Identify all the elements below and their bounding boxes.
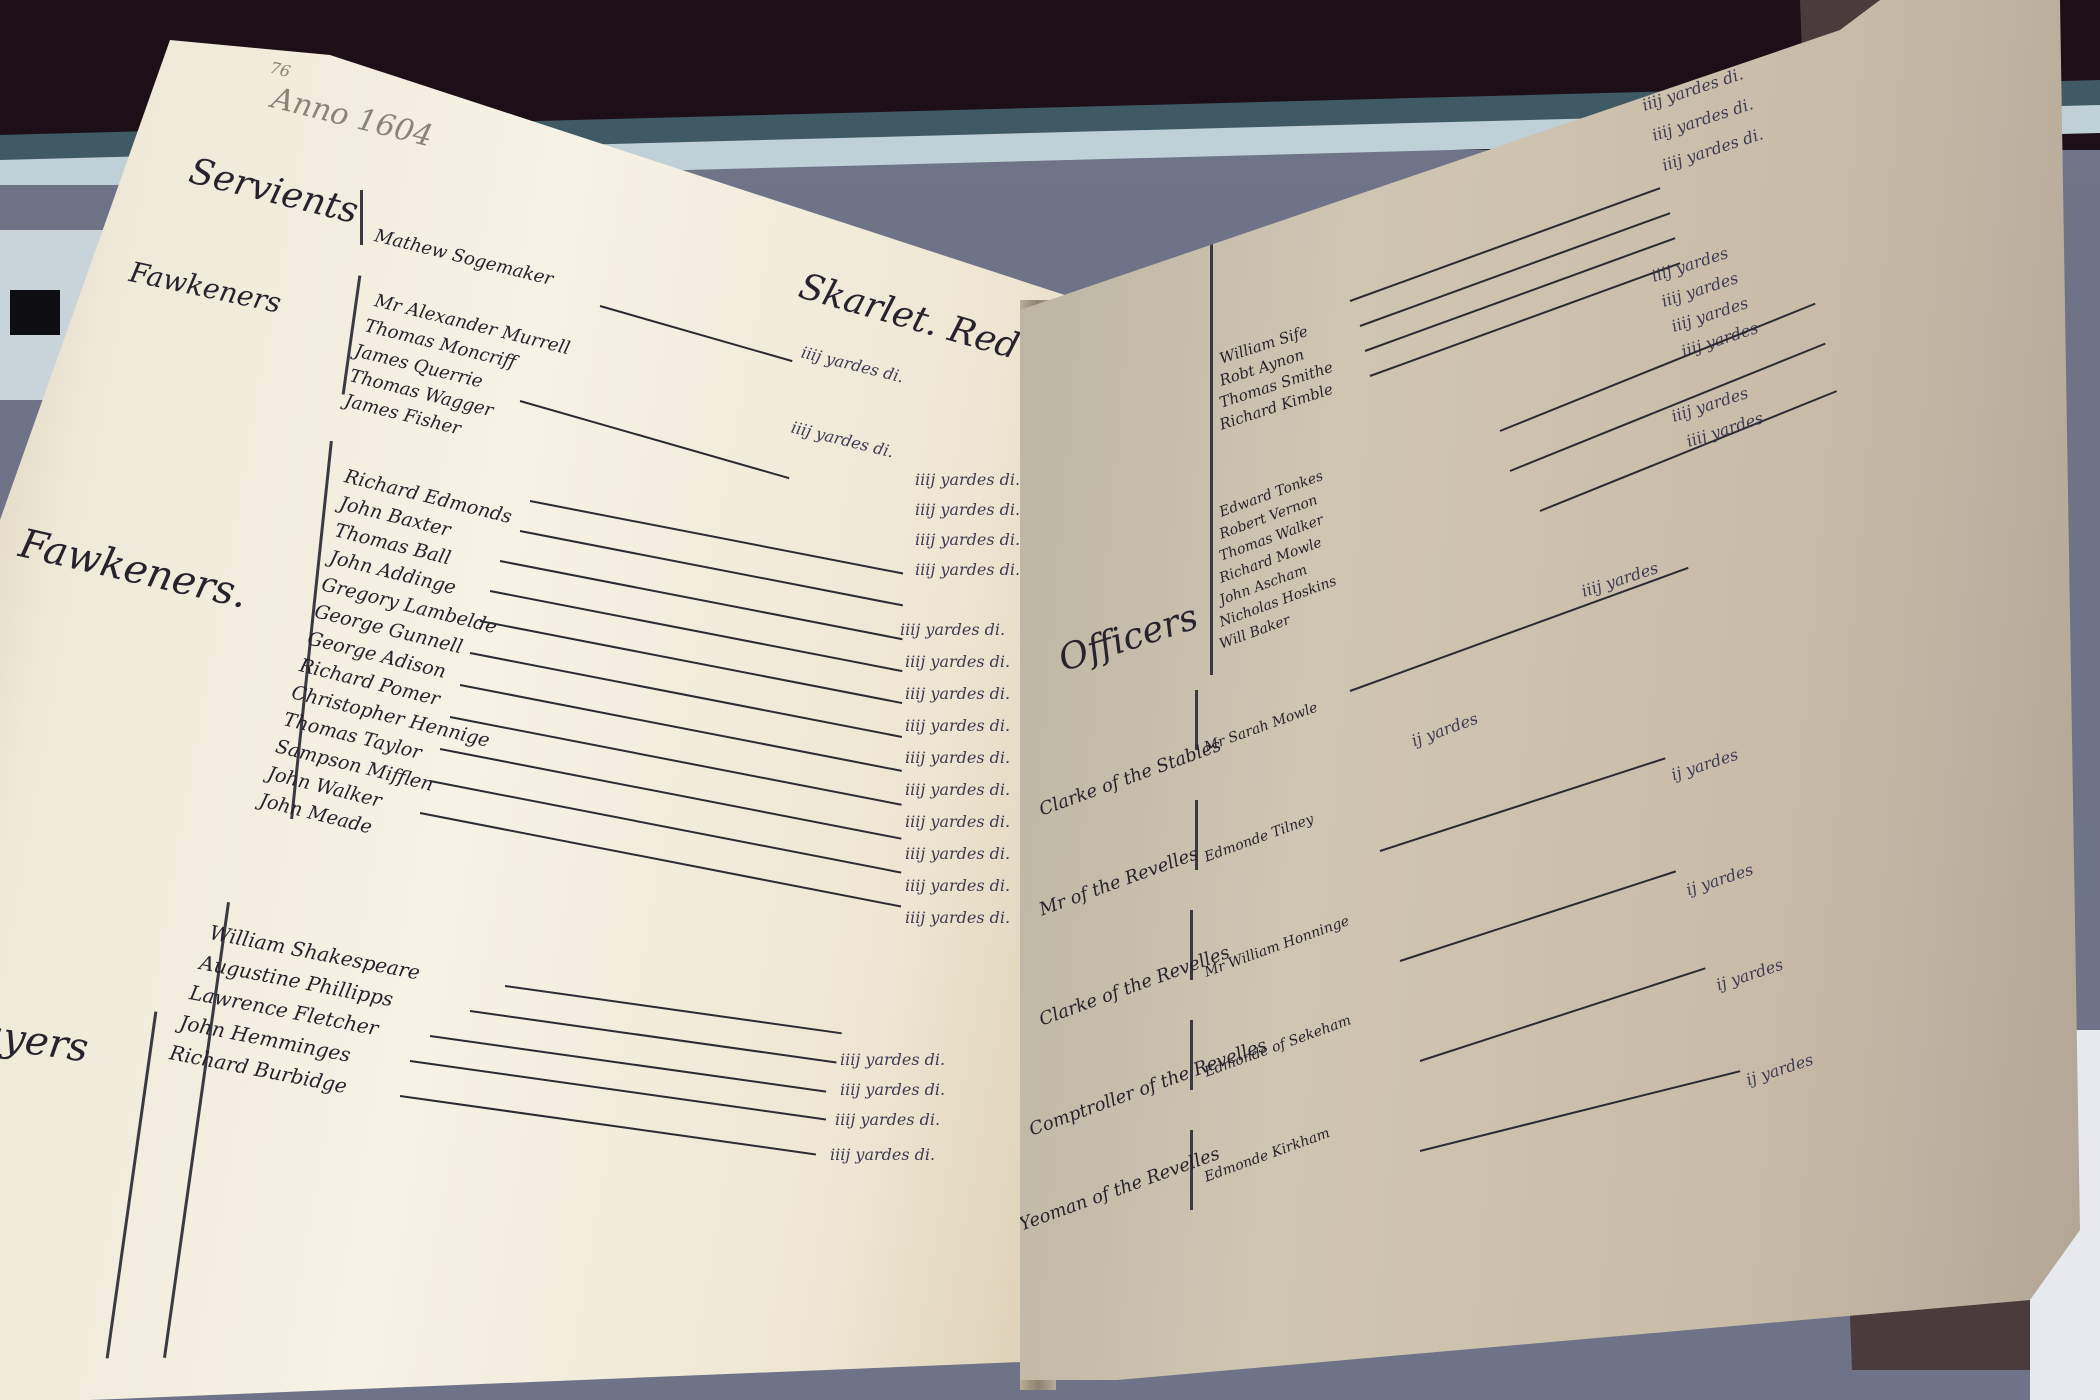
bracket <box>360 190 363 245</box>
amount: ij yardes <box>1744 1050 1816 1089</box>
ruled-line <box>430 1035 826 1093</box>
ruled-line <box>1400 870 1676 962</box>
ruled-line <box>480 620 902 704</box>
amount: iiij yardes di. <box>905 876 1010 895</box>
list-item: Mr Sarah Mowle <box>1202 700 1320 756</box>
amount: iiij yardes di. <box>905 780 1010 799</box>
amount: iiij yardes di. <box>905 684 1010 703</box>
group-label-comptroller-revels: Comptroller of the Revelles <box>1026 1035 1269 1141</box>
ruled-line <box>520 530 903 606</box>
ruled-line <box>505 985 842 1034</box>
ruled-line <box>1350 187 1661 302</box>
list-item: Mathew Sogemaker <box>372 225 555 290</box>
ruled-line <box>1350 567 1689 692</box>
amount: iiij yardes di. <box>905 908 1010 927</box>
group-label-clarke-revels: Clarke of the Revelles <box>1036 942 1232 1030</box>
amount: iiij yardes di. <box>835 1110 940 1129</box>
ruled-line <box>1370 262 1681 377</box>
ruled-line <box>520 400 790 479</box>
amount: ij yardes <box>1714 955 1786 994</box>
amount: iiij yardes di. <box>830 1145 935 1164</box>
group-label-master-revels: Mr of the Revelles <box>1036 843 1201 920</box>
ruled-line <box>400 1095 816 1155</box>
amount: iiij yardes di. <box>905 748 1010 767</box>
group-label-servients: Servients <box>185 151 362 233</box>
ruled-line <box>470 1010 837 1063</box>
amount: iiij yardes di. <box>840 1050 945 1069</box>
amount: iiij yardes di. <box>905 844 1010 863</box>
black-block <box>10 290 60 335</box>
group-label-fawkeners: Fawkeners <box>127 255 285 319</box>
amount: iiij yardes di. <box>915 500 1020 519</box>
amount: iiij yardes di. <box>840 1080 945 1099</box>
group-label-players: Players <box>0 1005 91 1071</box>
amount: iiij yardes di. <box>905 716 1010 735</box>
bracket <box>1210 235 1213 675</box>
ruled-line <box>490 590 903 672</box>
ruled-line <box>460 684 902 772</box>
ruled-line <box>1380 757 1666 852</box>
page-margin-line <box>106 1011 158 1358</box>
amount: iiij yardes di. <box>915 470 1020 489</box>
list-item: Edmonde of Sekeham <box>1202 1012 1353 1080</box>
amount: ij yardes <box>1669 745 1741 784</box>
group-label-fawkeners-2: Fawkeners. <box>15 521 252 618</box>
ruled-line <box>1360 212 1671 327</box>
amount: ij yardes <box>1684 860 1756 899</box>
ruled-line <box>1420 967 1706 1062</box>
ruled-line <box>500 560 903 640</box>
ruled-line <box>1420 1070 1741 1152</box>
amount: iiij yardes di. <box>905 812 1010 831</box>
ruled-line <box>1365 237 1676 352</box>
list-item: Edmonde Kirkham <box>1202 1125 1332 1185</box>
amount: iiij yardes di. <box>789 418 896 462</box>
amount: iiij yardes di. <box>905 652 1010 671</box>
ruled-line <box>410 1060 826 1120</box>
amount: iiij yardes di. <box>915 530 1020 549</box>
ruled-line <box>600 305 793 362</box>
amount: iiij yardes di. <box>900 620 1005 639</box>
ruled-line <box>450 716 902 806</box>
folio-number: 76 <box>268 58 292 81</box>
amount: ij yardes <box>1409 709 1481 751</box>
ruled-line <box>530 500 903 574</box>
amount: iiij yardes di. <box>915 560 1020 579</box>
group-label-officers: Officers <box>1054 597 1203 680</box>
list-item: Edmonde Tilney <box>1202 811 1316 865</box>
ruled-line <box>470 652 902 738</box>
faint-header: Anno 1604 <box>268 81 436 155</box>
amount: iiij yardes di. <box>799 343 906 387</box>
amount: iiij yardes <box>1579 558 1661 601</box>
